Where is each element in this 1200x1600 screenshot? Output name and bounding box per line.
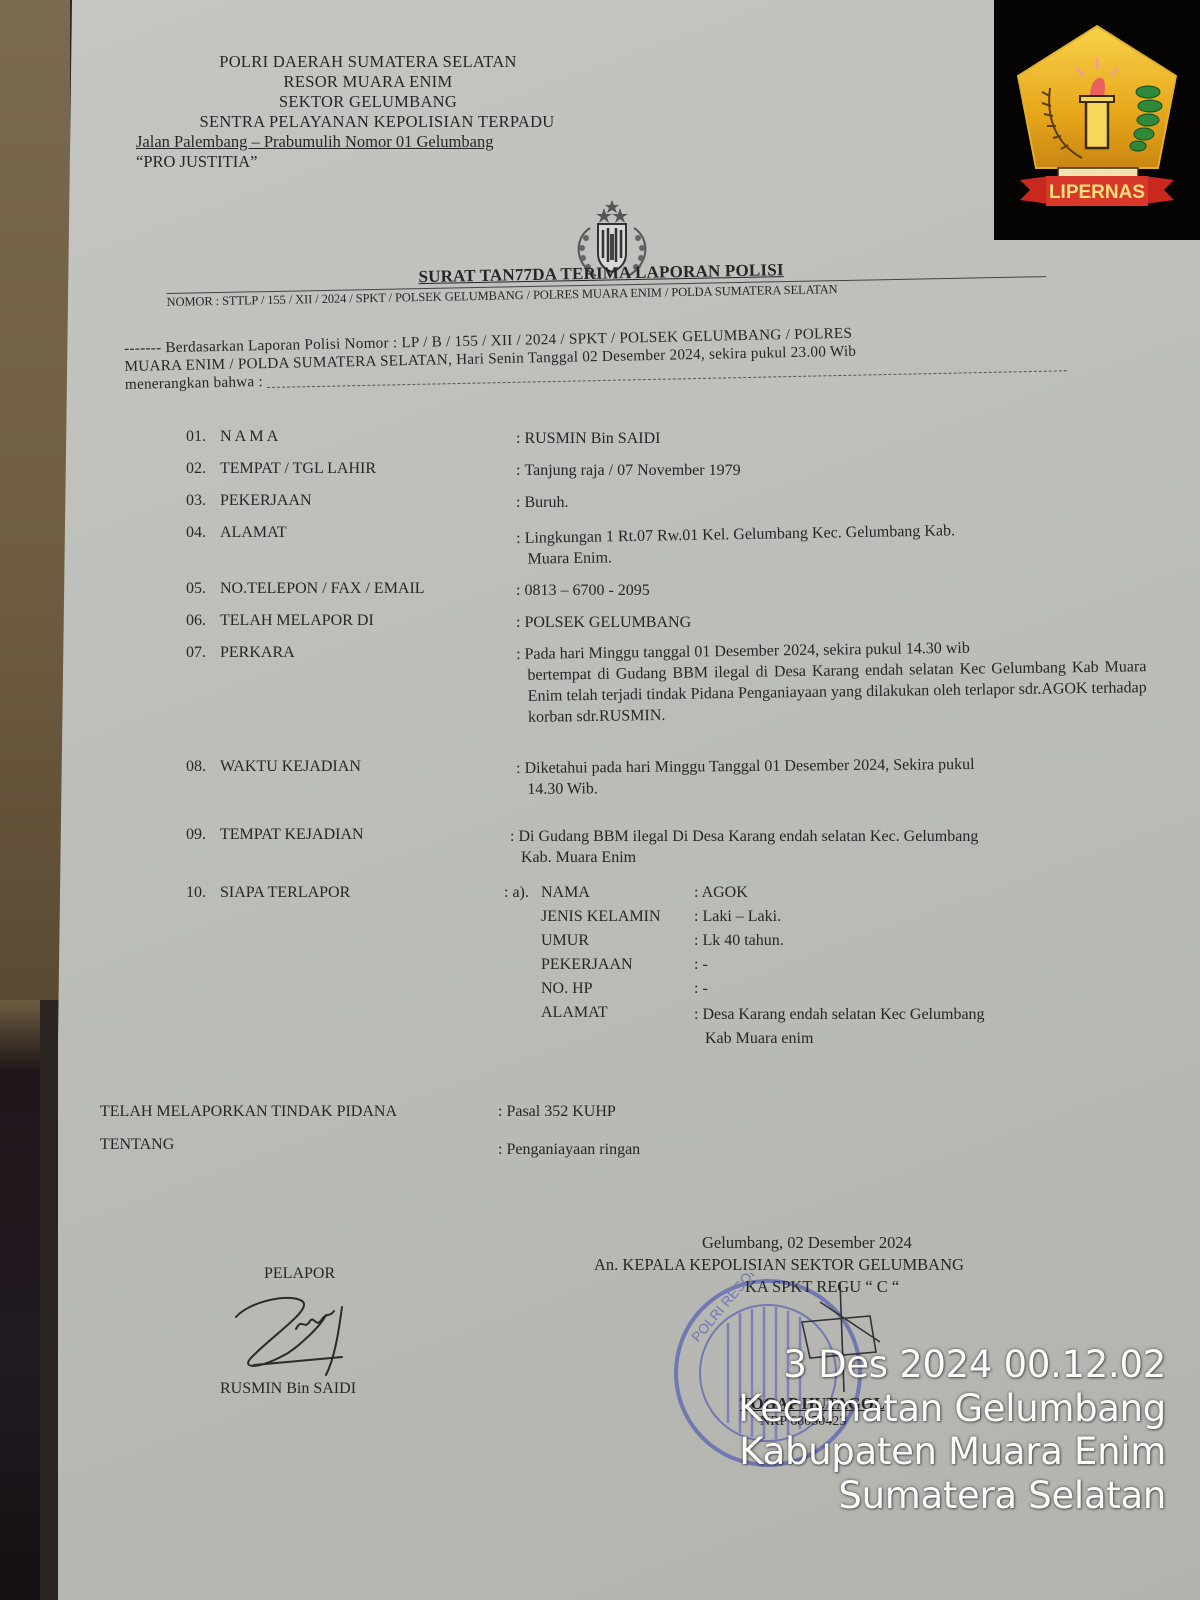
field-number: 08. bbox=[186, 758, 216, 776]
terlapor-prefix: : a). bbox=[504, 884, 529, 902]
field-value-text: 0813 – 6700 - 2095 bbox=[524, 582, 649, 599]
field-value-text: Tanjung raja / 07 November 1979 bbox=[524, 462, 740, 479]
field-number: 06. bbox=[186, 612, 216, 630]
terlapor-value: : - bbox=[694, 980, 708, 998]
subject-label: TENTANG bbox=[100, 1136, 174, 1154]
field-label: WAKTU KEJADIAN bbox=[220, 758, 361, 776]
terlapor-value: : AGOK bbox=[694, 884, 748, 902]
field-value: :Tanjung raja / 07 November 1979 bbox=[516, 460, 1146, 481]
field-label: TEMPAT KEJADIAN bbox=[220, 826, 364, 844]
field-value-continuation: 14.30 Wib. bbox=[516, 774, 1146, 800]
field-label: SIAPA TERLAPOR bbox=[220, 884, 350, 902]
signature-icon bbox=[230, 1287, 380, 1377]
subject-value: : Penganiayaan ringan bbox=[498, 1141, 640, 1159]
field-value-continuation: Kab. Muara Enim bbox=[510, 847, 1140, 868]
field-number: 05. bbox=[186, 580, 216, 598]
intro-paragraph: ------- Berdasarkan Laporan Polisi Nomor… bbox=[124, 319, 1115, 394]
lipernas-logo: LIPERNAS bbox=[994, 0, 1200, 240]
signature-role: PELAPOR bbox=[264, 1265, 335, 1283]
letterhead-address: Jalan Palembang – Prabumulih Nomor 01 Ge… bbox=[136, 132, 618, 152]
field-value: :Lingkungan 1 Rt.07 Rw.01 Kel. Gelumbang… bbox=[516, 517, 1147, 570]
terlapor-key: UMUR bbox=[541, 932, 589, 950]
letterhead-line: SEKTOR GELUMBANG bbox=[118, 92, 618, 112]
field-value: :POLSEK GELUMBANG bbox=[516, 612, 1146, 633]
terlapor-key: ALAMAT bbox=[541, 1004, 608, 1022]
field-value: :Buruh. bbox=[516, 492, 1146, 513]
letterhead: POLRI DAERAH SUMATERA SELATAN RESOR MUAR… bbox=[118, 52, 618, 172]
terlapor-key: JENIS KELAMIN bbox=[541, 908, 661, 926]
field-number: 04. bbox=[186, 524, 216, 542]
field-label: PERKARA bbox=[220, 644, 295, 662]
field-label: NO.TELEPON / FAX / EMAIL bbox=[220, 580, 425, 598]
field-label: PEKERJAAN bbox=[220, 492, 312, 510]
field-number: 02. bbox=[186, 460, 216, 478]
terlapor-key: NO. HP bbox=[541, 980, 593, 998]
letterhead-line: SENTRA PELAYANAN KEPOLISIAN TERPADU bbox=[136, 112, 618, 132]
field-value: :Diketahui pada hari Minggu Tanggal 01 D… bbox=[516, 753, 1146, 800]
timestamp-datetime: 3 Des 2024 00.12.02 bbox=[738, 1343, 1166, 1387]
signing-unit: KA SPKT REGU “ C “ bbox=[745, 1277, 899, 1297]
timestamp-province: Sumatera Selatan bbox=[738, 1474, 1166, 1518]
lipernas-emblem-icon: LIPERNAS bbox=[1006, 18, 1188, 228]
field-number: 01. bbox=[186, 428, 216, 446]
field-value: :RUSMIN Bin SAIDI bbox=[516, 428, 1146, 449]
field-value: :Di Gudang BBM ilegal Di Desa Karang end… bbox=[510, 826, 1140, 868]
terlapor-key: NAMA bbox=[541, 884, 590, 902]
document-title-block: SURAT TAN77DA TERIMA LAPORAN POLISI NOMO… bbox=[166, 255, 1067, 310]
field-number: 03. bbox=[186, 492, 216, 510]
terlapor-value: : Laki – Laki. bbox=[694, 908, 781, 926]
letterhead-motto: “PRO JUSTITIA” bbox=[136, 152, 618, 172]
timestamp-district: Kecamatan Gelumbang bbox=[738, 1387, 1166, 1431]
terlapor-value-continuation: Kab Muara enim bbox=[705, 1030, 813, 1048]
offense-value: : Pasal 352 KUHP bbox=[498, 1103, 616, 1121]
field-label: TELAH MELAPOR DI bbox=[220, 612, 374, 630]
field-value-continuation: bertempat di Gudang BBM ilegal di Desa K… bbox=[516, 656, 1147, 728]
photo-timestamp-overlay: 3 Des 2024 00.12.02 Kecamatan Gelumbang … bbox=[738, 1343, 1166, 1517]
field-label: ALAMAT bbox=[220, 524, 287, 542]
field-value-text: Diketahui pada hari Minggu Tanggal 01 De… bbox=[524, 756, 974, 777]
field-value-text: RUSMIN Bin SAIDI bbox=[524, 430, 660, 447]
field-value: :0813 – 6700 - 2095 bbox=[516, 580, 1146, 601]
terlapor-key: PEKERJAAN bbox=[541, 956, 633, 974]
field-number: 07. bbox=[186, 644, 216, 662]
terlapor-value: : Desa Karang endah selatan Kec Gelumban… bbox=[694, 1006, 985, 1024]
letterhead-line: RESOR MUARA ENIM bbox=[118, 72, 618, 92]
field-label: TEMPAT / TGL LAHIR bbox=[220, 460, 376, 478]
signing-place-date: Gelumbang, 02 Desember 2024 bbox=[702, 1233, 912, 1253]
terlapor-value: : - bbox=[694, 956, 708, 974]
letterhead-line: POLRI DAERAH SUMATERA SELATAN bbox=[118, 52, 618, 72]
field-number: 09. bbox=[186, 826, 216, 844]
offense-label: TELAH MELAPORKAN TINDAK PIDANA bbox=[100, 1103, 397, 1121]
field-value: :Pada hari Minggu tanggal 01 Desember 20… bbox=[516, 635, 1147, 728]
field-number: 10. bbox=[186, 884, 216, 902]
reporter-name: RUSMIN Bin SAIDI bbox=[220, 1380, 356, 1398]
terlapor-value: : Lk 40 tahun. bbox=[694, 932, 784, 950]
intro-line: menerangkan bahwa : bbox=[125, 373, 263, 393]
field-value-text: Buruh. bbox=[524, 494, 568, 511]
field-label: N A M A bbox=[220, 428, 278, 446]
field-value-text: POLSEK GELUMBANG bbox=[524, 614, 691, 631]
signing-office: An. KEPALA KEPOLISIAN SEKTOR GELUMBANG bbox=[594, 1255, 964, 1275]
lipernas-logo-text: LIPERNAS bbox=[1049, 182, 1145, 203]
timestamp-regency: Kabupaten Muara Enim bbox=[738, 1430, 1166, 1474]
field-value-text: Di Gudang BBM ilegal Di Desa Karang enda… bbox=[518, 828, 978, 845]
